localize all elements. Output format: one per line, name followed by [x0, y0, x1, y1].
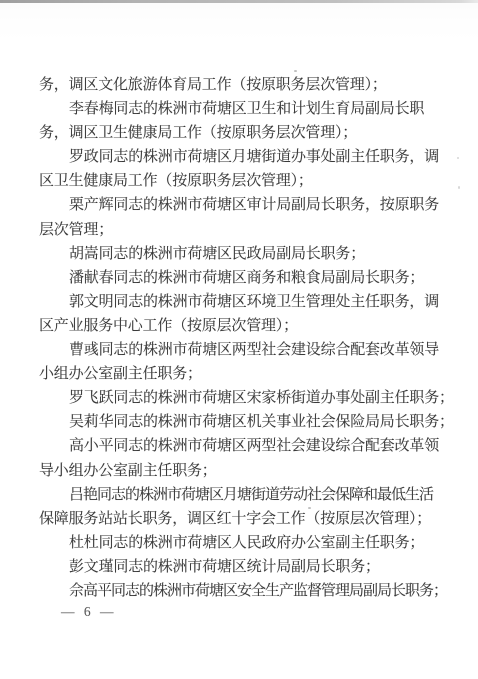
document-body-text: 务，调区文化旅游体育局工作（按原职务层次管理）；李春梅同志的株洲市荷塘区卫生和计… [39, 73, 451, 603]
document-text-line: 务，调区文化旅游体育局工作（按原职务层次管理）； [39, 73, 451, 97]
scan-speck [458, 186, 460, 189]
document-text-line: 区产业服务中心工作（按原层次管理）； [39, 314, 451, 338]
document-text-line: 层次管理； [39, 218, 451, 242]
document-text-line: 小组办公室副主任职务； [39, 362, 451, 386]
document-text-line: 佘高平同志的株洲市荷塘区安全生产监督管理局副局长职务； [39, 579, 451, 603]
scan-speck [457, 157, 459, 159]
document-text-line: 杜杜同志的株洲市荷塘区人民政府办公室副主任职务； [39, 531, 451, 555]
scan-speck [294, 70, 297, 72]
document-text-line: 李春梅同志的株洲市荷塘区卫生和计划生育局副局长职 [39, 97, 451, 121]
document-text-line: 罗政同志的株洲市荷塘区月塘街道办事处副主任职务，调 [39, 145, 451, 169]
document-text-line: 导小组办公室副主任职务； [39, 459, 451, 483]
document-text-line: 高小平同志的株洲市荷塘区两型社会建设综合配套改革领 [39, 434, 451, 458]
document-page: 务，调区文化旅游体育局工作（按原职务层次管理）；李春梅同志的株洲市荷塘区卫生和计… [0, 0, 478, 679]
document-text-line: 曹彧同志的株洲市荷塘区两型社会建设综合配套改革领导 [39, 338, 451, 362]
document-text-line: 罗飞跃同志的株洲市荷塘区宋家桥街道办事处副主任职务； [39, 386, 451, 410]
scan-speck [308, 507, 311, 509]
scan-edge-artifact [0, 0, 478, 3]
document-text-line: 吴莉华同志的株洲市荷塘区机关事业社会保险局局长职务； [39, 410, 451, 434]
document-text-line: 务，调区卫生健康局工作（按原职务层次管理）； [39, 121, 451, 145]
document-text-line: 吕艳同志的株洲市荷塘区月塘街道劳动社会保障和最低生活 [39, 483, 451, 507]
page-number: — 6 — [61, 604, 117, 620]
document-text-line: 潘献春同志的株洲市荷塘区商务和粮食局副局长职务； [39, 266, 451, 290]
scan-speck [206, 292, 209, 294]
document-text-line: 胡嵩同志的株洲市荷塘区民政局副局长职务； [39, 242, 451, 266]
document-text-line: 郭文明同志的株洲市荷塘区环境卫生管理处主任职务，调 [39, 290, 451, 314]
document-text-line: 区卫生健康局工作（按原职务层次管理）； [39, 169, 451, 193]
document-text-line: 保障服务站站长职务，调区红十字会工作（按原层次管理）； [39, 507, 451, 531]
document-text-line: 彭文瑾同志的株洲市荷塘区统计局副局长职务； [39, 555, 451, 579]
document-text-line: 栗产辉同志的株洲市荷塘区审计局副局长职务，按原职务 [39, 193, 451, 217]
